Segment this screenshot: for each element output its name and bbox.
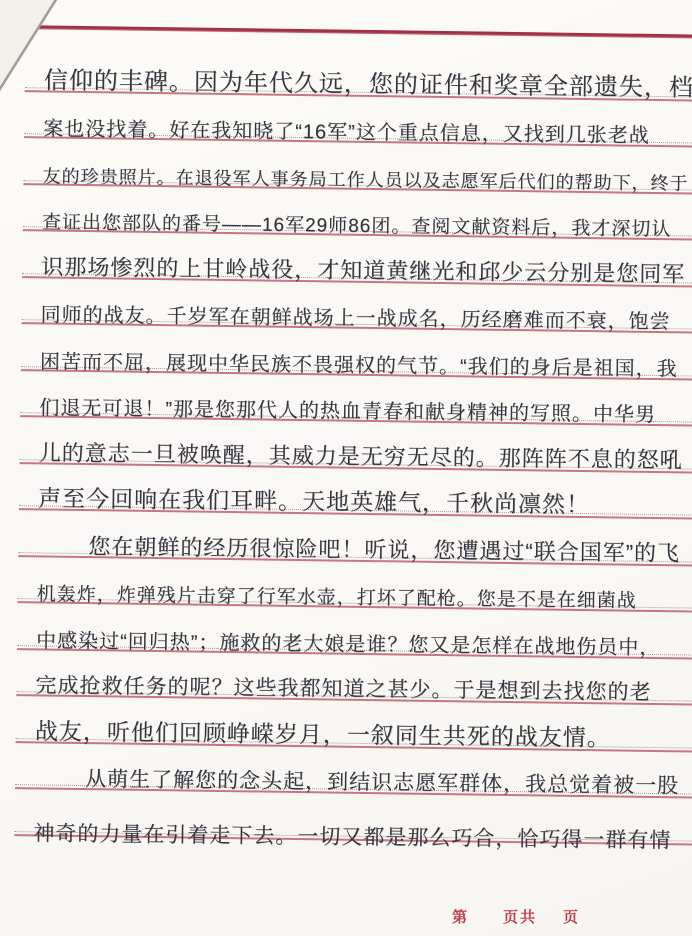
handwriting-text: 识那场惨烈的上甘岭战役，才知道黄继光和邱少云分别是您同军 xyxy=(41,250,685,288)
top-margin-line xyxy=(36,25,692,39)
footer-page-prefix: 第 xyxy=(452,906,469,927)
footer-page-suffix: 页 xyxy=(563,906,580,927)
handwriting-text: 战友，听他们回顾峥嵘岁月，一叙同生共死的战友情。 xyxy=(35,713,611,753)
handwriting-text: 神奇的力量在引着走下去。一切又都是那么巧合，恰巧得一群有情 xyxy=(33,817,671,854)
page-footer: 第页共页 xyxy=(452,906,580,927)
footer-page-middle: 页共 xyxy=(503,906,537,927)
handwriting-text: 儿的意志一旦被唤醒，其威力是无穷无尽的。那阵阵不息的怒吼 xyxy=(39,436,683,474)
scanned-letter-page: 信仰的丰碑。因为年代久远，您的证件和奖章全部遗失，档 案也没找着。好在我知晓了“… xyxy=(0,0,692,936)
ruled-paper: 信仰的丰碑。因为年代久远，您的证件和奖章全部遗失，档 案也没找着。好在我知晓了“… xyxy=(0,0,692,846)
text-line: 信仰的丰碑。因为年代久远，您的证件和奖章全部遗失，档 xyxy=(0,46,692,102)
handwriting-text: 声至今回响在我们耳畔。天地英雄气，千秋尚凛然！ xyxy=(38,480,590,519)
handwriting-text: 您在朝鲜的经历很惊险吧！听说，您遭遇过“联合国军”的飞 xyxy=(88,529,680,567)
handwriting-text: 信仰的丰碑。因为年代久远，您的证件和奖章全部遗失，档 xyxy=(44,60,692,102)
